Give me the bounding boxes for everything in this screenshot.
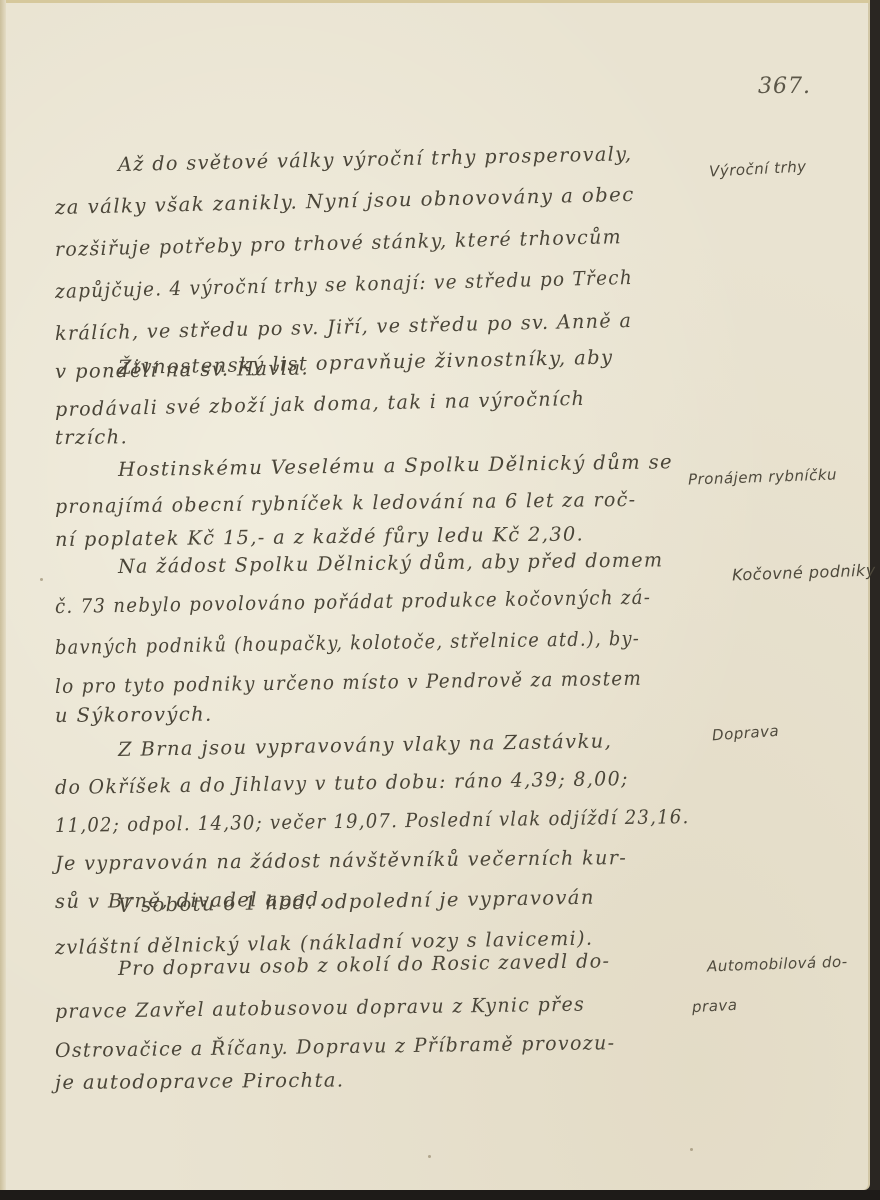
text-line: pravce Zavřel autobusovou dopravu z Kyni… xyxy=(55,993,585,1023)
text-line: Na žádost Spolku Dělnický dům, aby před … xyxy=(118,548,664,578)
manuscript-page: 367. Výroční trhy Pronájem rybníčku Kočo… xyxy=(0,0,870,1190)
text-line: prodávali své zboží jak doma, tak i na v… xyxy=(55,387,586,421)
paper-speck xyxy=(40,578,43,581)
paper-speck xyxy=(428,1155,431,1158)
margin-note-kocovne-podniky: Kočovné podniky xyxy=(732,560,876,584)
text-line: Hostinskému Veselému a Spolku Dělnický d… xyxy=(118,450,673,481)
text-line: ní poplatek Kč 15,- a z každé fůry ledu … xyxy=(55,522,584,551)
margin-note-pronajem-rybnicku: Pronájem rybníčku xyxy=(688,465,838,488)
text-line: Z Brna jsou vypravovány vlaky na Zastávk… xyxy=(118,729,613,761)
text-line: bavných podniků (houpačky, kolotoče, stř… xyxy=(55,627,640,659)
text-line: rozšiřuje potřeby pro trhové stánky, kte… xyxy=(55,225,622,261)
text-line: Je vypravován na žádost návštěvníků veče… xyxy=(55,846,627,875)
page-edge xyxy=(0,0,6,1190)
text-line: Ostrovačice a Říčany. Dopravu z Příbramě… xyxy=(55,1031,616,1062)
margin-note-automobilova-doprava-cont: prava xyxy=(692,996,738,1016)
scanner-background xyxy=(0,1190,880,1200)
text-line: zapůjčuje. 4 výroční trhy se konají: ve … xyxy=(55,266,634,303)
text-line: je autodopravce Pirochta. xyxy=(55,1068,345,1094)
text-line: králích, ve středu po sv. Jiří, ve střed… xyxy=(55,309,633,345)
text-line: Živnostenský list opravňuje živnostníky,… xyxy=(118,346,614,379)
text-line: u Sýkorových. xyxy=(55,703,213,727)
text-line: 11,02; odpol. 14,30; večer 19,07. Posled… xyxy=(55,805,690,837)
margin-note-doprava: Doprava xyxy=(711,722,779,745)
page-number: 367. xyxy=(758,74,811,99)
text-line: do Okříšek a do Jihlavy v tuto dobu: rán… xyxy=(55,767,629,799)
text-line: za války však zanikly. Nyní jsou obnovov… xyxy=(55,183,635,219)
paper-speck xyxy=(690,1148,693,1151)
margin-note-vyrocni-trhy: Výroční trhy xyxy=(709,157,807,180)
text-line: č. 73 nebylo povolováno pořádat produkce… xyxy=(55,586,652,618)
text-line: lo pro tyto podniky určeno místo v Pendr… xyxy=(55,667,642,698)
text-line: Až do světové války výroční trhy prosper… xyxy=(118,142,633,176)
text-line: trzích. xyxy=(55,425,128,449)
text-line: pronajímá obecní rybníček k ledování na … xyxy=(55,488,637,518)
margin-note-automobilova-doprava: Automobilová do- xyxy=(707,953,848,976)
